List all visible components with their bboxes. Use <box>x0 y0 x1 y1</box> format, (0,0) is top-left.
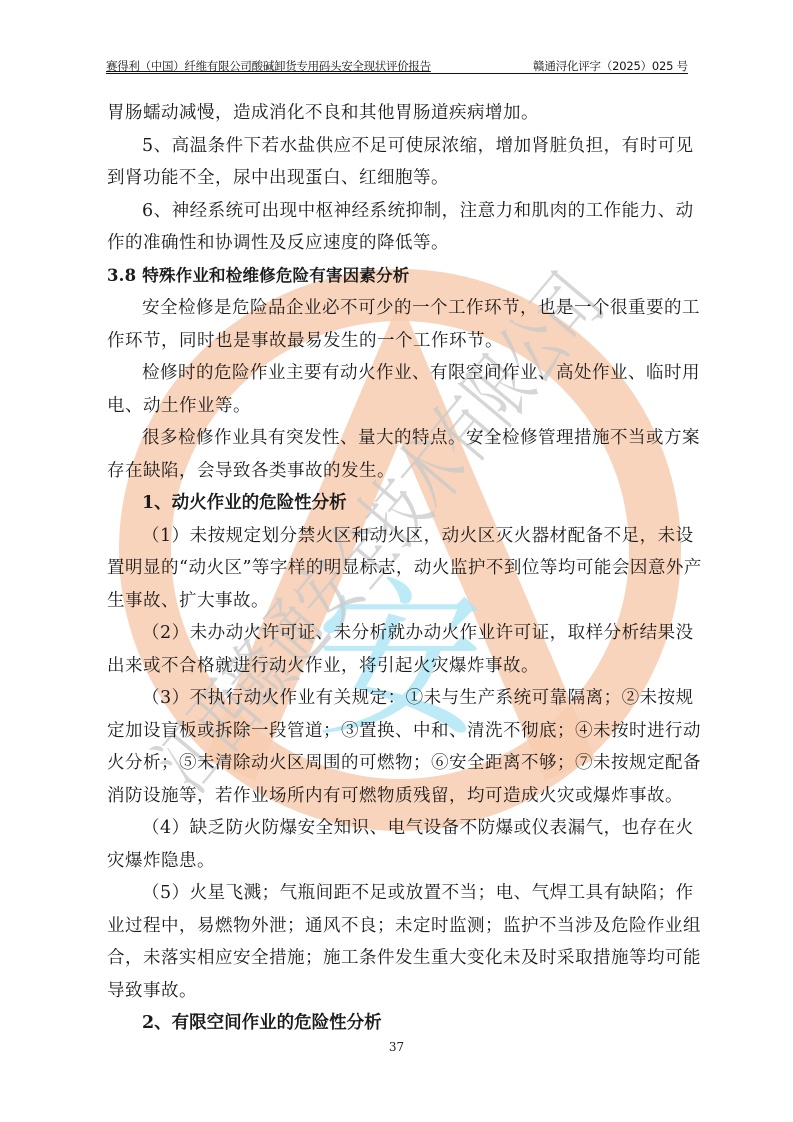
paragraph-line: 出来或不合格就进行动火作业，将引起火灾爆炸事故。 <box>107 650 717 683</box>
paragraph-line: 火分析；⑤未清除动火区周围的可燃物；⑥安全距离不够；⑦未按规定配备 <box>107 747 717 780</box>
paragraph-line: （4）缺乏防火防爆安全知识、电气设备不防爆或仪表漏气，也存在火 <box>107 812 717 845</box>
paragraph-line: 灾爆炸隐患。 <box>107 845 717 878</box>
paragraph-line: 生事故、扩大事故。 <box>107 585 717 618</box>
paragraph-line: （5）火星飞溅；气瓶间距不足或放置不当；电、气焊工具有缺陷；作 <box>107 877 717 910</box>
paragraph-line: （1）未按规定划分禁火区和动火区，动火区灭火器材配备不足，未设 <box>107 520 717 553</box>
page-header: 赛得利（中国）纤维有限公司酸碱卸货专用码头安全现状评价报告 赣通浔化评字（202… <box>106 56 688 76</box>
document-number: 赣通浔化评字（2025）025 号 <box>533 58 688 74</box>
header-rule <box>106 73 688 74</box>
paragraph-line: 电、动土作业等。 <box>107 390 717 423</box>
paragraph-line: 5、高温条件下若水盐供应不足可使尿浓缩，增加肾脏负担，有时可见 <box>107 130 717 163</box>
paragraph-line: （3）不执行动火作业有关规定：①未与生产系统可靠隔离；②未按规 <box>107 682 717 715</box>
subsection-heading: 2、有限空间作业的危险性分析 <box>107 1007 717 1040</box>
paragraph-line: （2）未办动火许可证、未分析就办动火作业许可证，取样分析结果没 <box>107 617 717 650</box>
subsection-heading: 1、动火作业的危险性分析 <box>107 487 717 520</box>
paragraph-line: 安全检修是危险品企业必不可少的一个工作环节，也是一个很重要的工 <box>107 292 717 325</box>
report-title: 赛得利（中国）纤维有限公司酸碱卸货专用码头安全现状评价报告 <box>106 58 431 74</box>
document-page: 赛得利（中国）纤维有限公司酸碱卸货专用码头安全现状评价报告 赣通浔化评字（202… <box>0 0 793 1122</box>
paragraph-line: 很多检修作业具有突发性、量大的特点。安全检修管理措施不当或方案 <box>107 422 717 455</box>
paragraph-line: 合，未落实相应安全措施；施工条件发生重大变化未及时采取措施等均可能 <box>107 942 717 975</box>
paragraph-line: 定加设盲板或拆除一段管道；③置换、中和、清洗不彻底；④未按时进行动 <box>107 715 717 748</box>
paragraph-line: 到肾功能不全，尿中出现蛋白、红细胞等。 <box>107 162 717 195</box>
paragraph-line: 6、神经系统可出现中枢神经系统抑制，注意力和肌肉的工作能力、动 <box>107 195 717 228</box>
paragraph-line: 检修时的危险作业主要有动火作业、有限空间作业、高处作业、临时用 <box>107 357 717 390</box>
paragraph-line: 胃肠蠕动减慢，造成消化不良和其他胃肠道疾病增加。 <box>107 97 717 130</box>
paragraph-line: 消防设施等，若作业场所内有可燃物质残留，均可造成火灾或爆炸事故。 <box>107 780 717 813</box>
paragraph-line: 作环节，同时也是事故最易发生的一个工作环节。 <box>107 325 717 358</box>
paragraph-line: 导致事故。 <box>107 975 717 1008</box>
paragraph-line: 作的准确性和协调性及反应速度的降低等。 <box>107 227 717 260</box>
page-body: 胃肠蠕动减慢，造成消化不良和其他胃肠道疾病增加。5、高温条件下若水盐供应不足可使… <box>107 97 717 1040</box>
section-heading: 3.8 特殊作业和检维修危险有害因素分析 <box>107 260 717 293</box>
paragraph-line: 存在缺陷，会导致各类事故的发生。 <box>107 455 717 488</box>
paragraph-line: 业过程中，易燃物外泄；通风不良；未定时监测；监护不当涉及危险作业组 <box>107 910 717 943</box>
paragraph-line: 置明显的“动火区”等字样的明显标志，动火监护不到位等均可能会因意外产 <box>107 552 717 585</box>
page-number: 37 <box>0 1040 793 1054</box>
